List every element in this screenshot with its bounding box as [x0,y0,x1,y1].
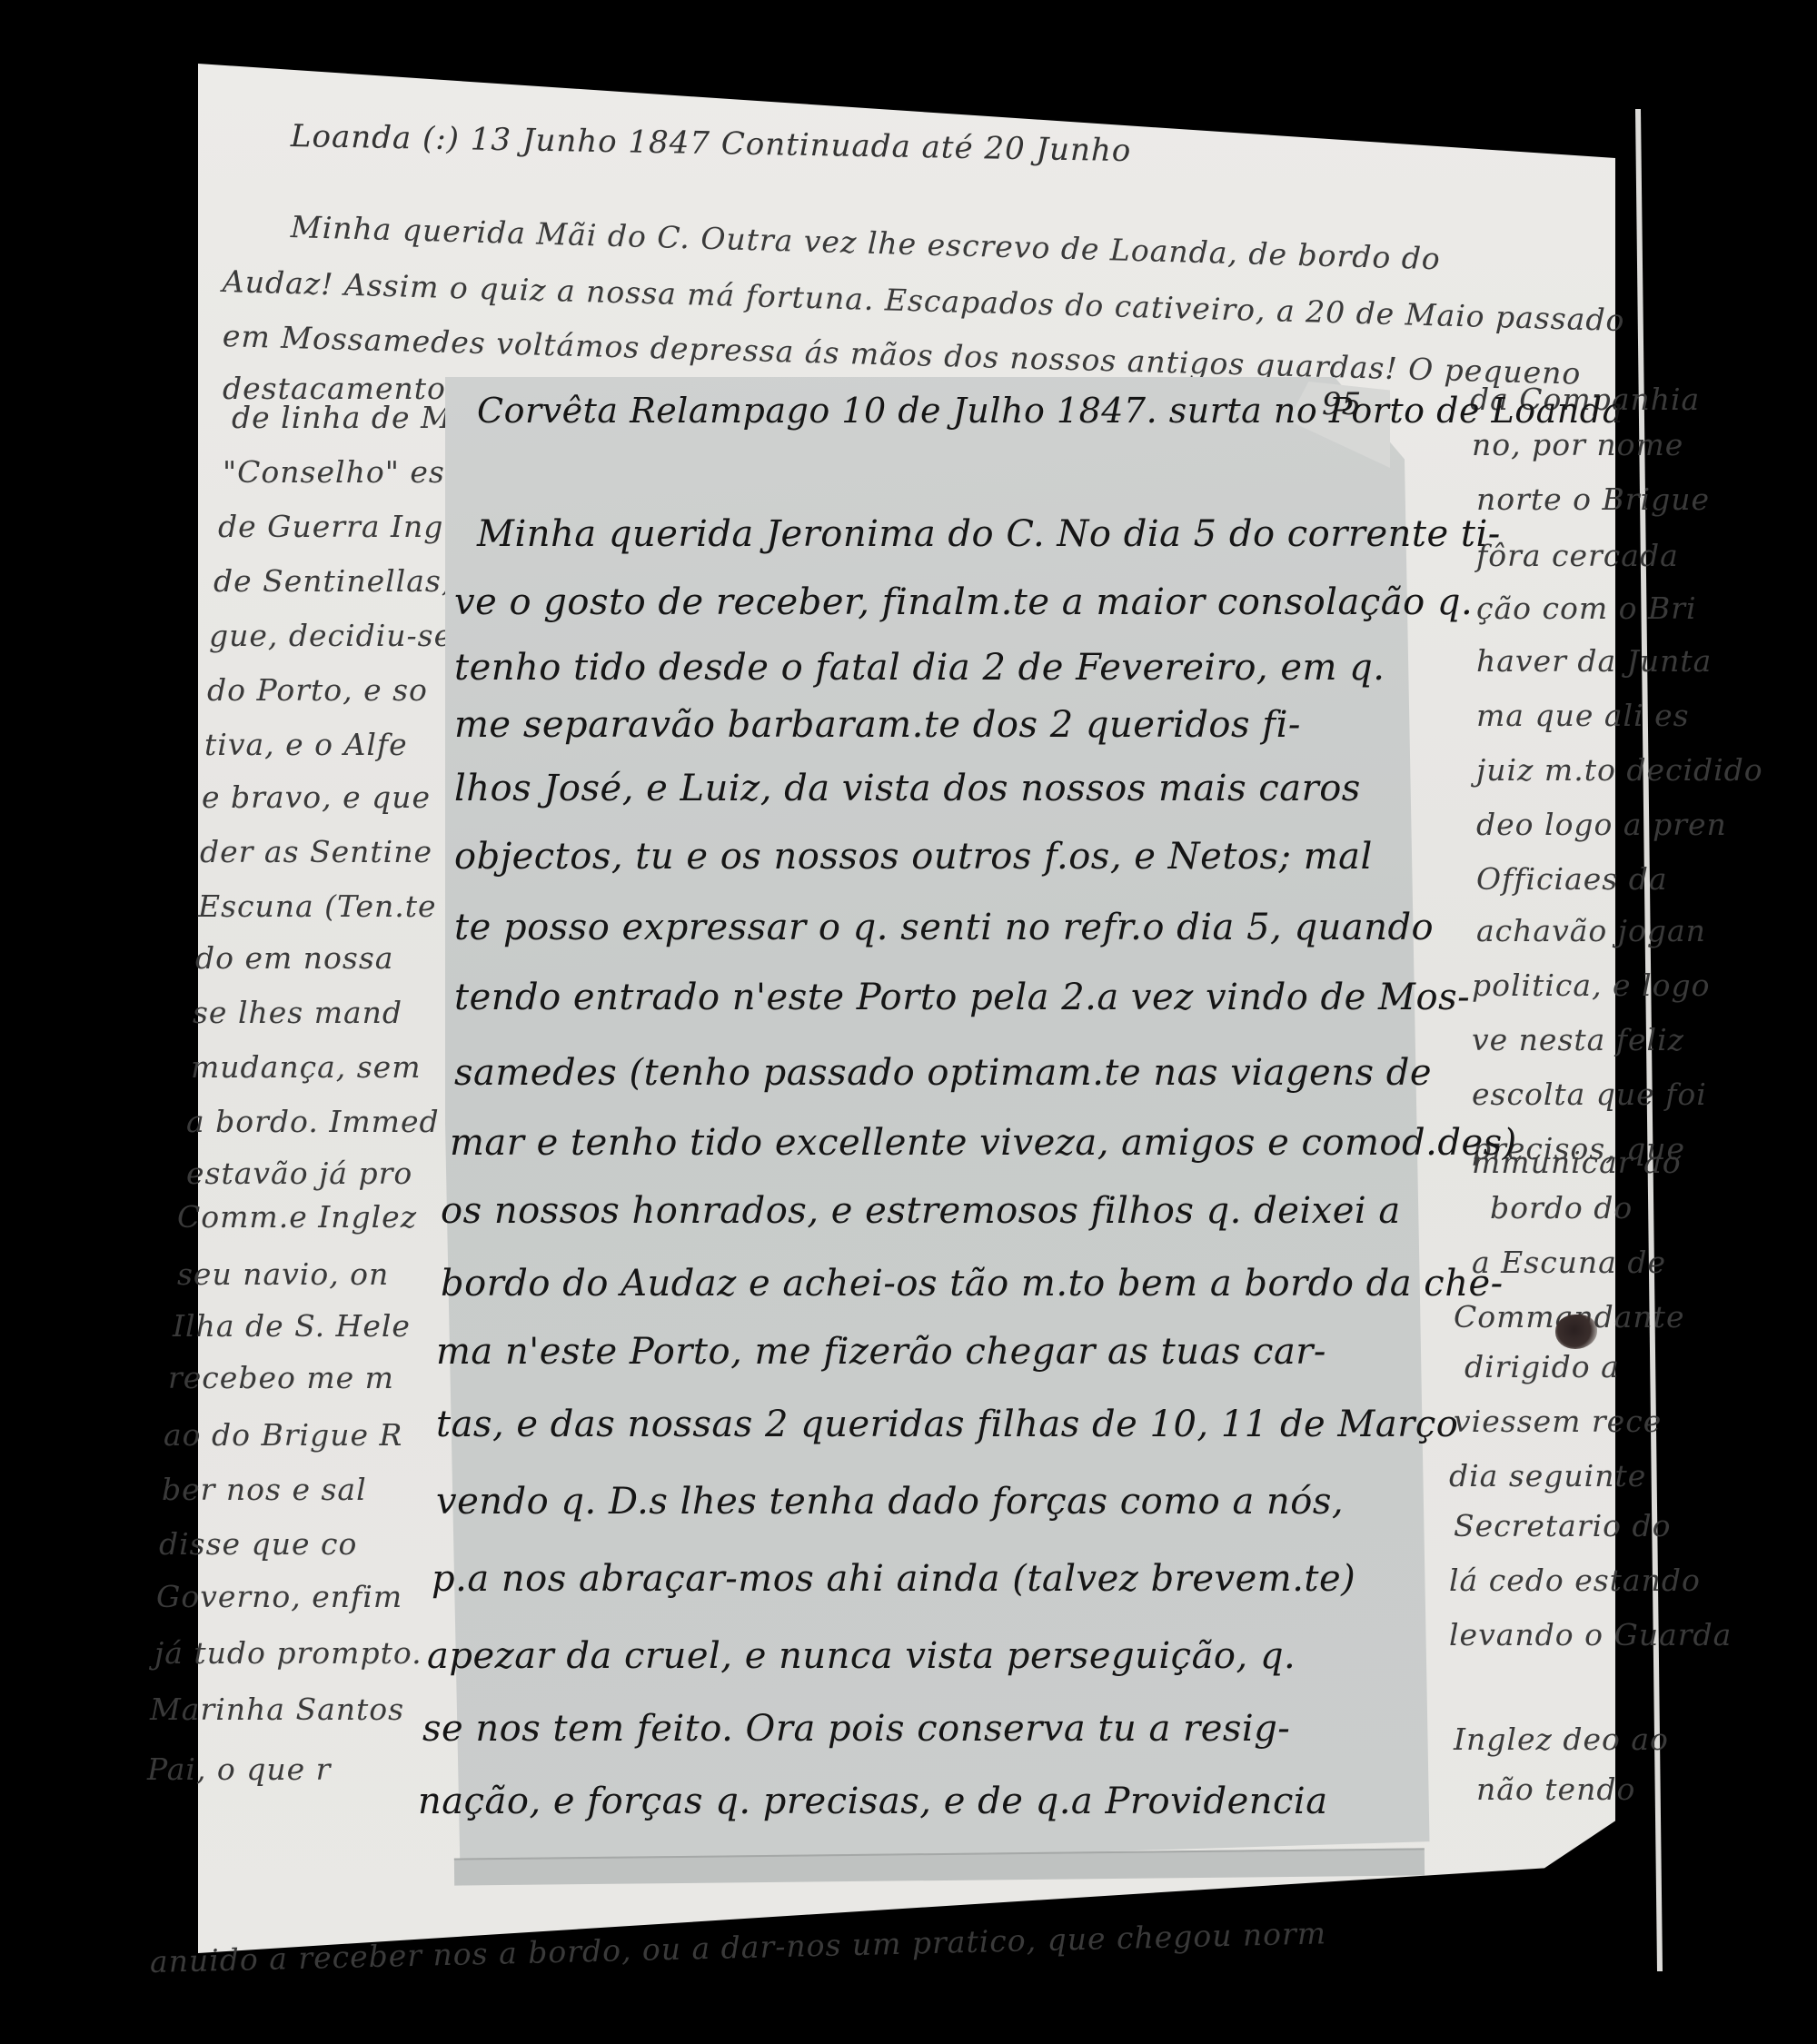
outer-letter-fragment: viessem rece [1454,1404,1662,1439]
outer-letter-line: seu navio, on [177,1256,389,1292]
outer-letter-fragment: levando o Guarda [1449,1617,1732,1652]
outer-letter-line: estavão já pro [186,1156,412,1191]
outer-letter-fragment: bordo do [1490,1190,1633,1225]
outer-letter-line: tiva, e o Alfe [204,727,408,762]
outer-letter-line: der as Sentine [200,834,432,869]
outer-letter-line: ao do Brigue R [164,1417,402,1453]
inner-letter-line: se nos tem feito. Ora pois conserva tu a… [422,1708,1290,1750]
inner-letter-line: bordo do Audaz e achei-os tão m.to bem a… [441,1263,1504,1305]
outer-letter-fragment: haver da Junta [1476,643,1712,679]
outer-letter-fragment: lá cedo estando [1449,1563,1701,1598]
outer-letter-fragment: deo logo a pren [1476,807,1727,842]
inner-letter-line: vendo q. D.s lhes tenha dado forças como… [436,1481,1344,1523]
inner-letter-line: samedes (tenho passado optimam.te nas vi… [454,1052,1432,1094]
outer-letter-fragment: politica, e logo [1472,967,1711,1003]
inner-letter-line: te posso expressar o q. senti no refr.o … [454,907,1434,948]
outer-letter-line: Pai, o que r [147,1751,331,1787]
outer-letter-line: já tudo prompto. [154,1635,422,1671]
outer-letter-line: ber nos e sal [162,1472,367,1507]
outer-letter-line: gue, decidiu-se [209,618,452,653]
outer-letter-fragment: ve nesta feliz [1472,1022,1684,1057]
outer-letter-fragment: dia seguinte [1449,1458,1646,1493]
outer-letter-fragment: ma que ali es [1476,698,1690,733]
inner-letter-line: p.a nos abraçar-mos ahi ainda (talvez br… [432,1558,1355,1600]
inner-letter-line: objectos, tu e os nossos outros f.os, e … [454,836,1373,878]
inner-letter-line: nação, e forças q. precisas, e de q.a Pr… [418,1781,1328,1822]
outer-letter-line: a bordo. Immed [186,1104,440,1139]
inner-letter-header: Corvêta Relampago 10 de Julho 1847. surt… [477,391,1623,431]
outer-letter-line: do em nossa [195,940,393,976]
outer-letter-line: Escuna (Ten.te P [198,888,468,924]
outer-letter-line: de Sentinellas, p [213,563,482,599]
inner-letter-line: ma n'este Porto, me fizerão chegar as tu… [436,1331,1326,1373]
inner-letter-line: me separavão barbaram.te dos 2 queridos … [454,704,1301,746]
outer-letter-fragment: Inglez deo ao [1454,1722,1669,1757]
outer-letter-fragment: Secretario do [1454,1508,1672,1543]
outer-letter-fragment: juiz m.to decidido [1476,752,1763,788]
outer-letter-line: Comm.e Inglez [177,1199,417,1235]
inner-letter-line: apezar da cruel, e nunca vista perseguiç… [427,1635,1296,1677]
inner-letter-line: Minha querida Jeronima do C. No dia 5 do… [477,513,1501,555]
outer-letter-fragment: fôra cercada [1476,538,1679,573]
outer-letter-line: "Conselho" esta [223,454,477,490]
outer-letter-line: Marinha Santos [150,1692,404,1727]
outer-letter-line: recebeo me m [168,1360,394,1395]
outer-letter-line: de linha de M [232,400,452,435]
outer-letter-fragment: escolta que foi [1472,1077,1707,1112]
outer-letter-line: Ilha de S. Hele [173,1308,411,1344]
outer-letter-line: do Porto, e so [207,672,428,708]
outer-letter-fragment: não tendo [1476,1771,1635,1807]
outer-letter-fragment: ção com o Bri [1476,590,1697,626]
inner-letter-line: tas, e das nossas 2 queridas filhas de 1… [436,1404,1458,1445]
inner-letter-line: mar e tenho tido excellente viveza, amig… [450,1122,1517,1164]
outer-letter-fragment: dirigido a [1465,1349,1620,1384]
outer-letter-line: mudança, sem [191,1049,422,1085]
outer-letter-line: de Guerra Ing [218,509,443,544]
outer-letter-line: se lhes mand [193,995,402,1030]
inner-letter-line: tenho tido desde o fatal dia 2 de Fevere… [454,647,1385,689]
outer-letter-fragment: Officiaes da [1476,861,1668,897]
outer-letter-fragment: norte o Brigue [1476,481,1710,517]
inner-letter-line: tendo entrado n'este Porto pela 2.a vez … [454,977,1470,1018]
outer-letter-line: disse que co [159,1526,357,1562]
inner-letter-line: lhos José, e Luiz, da vista dos nossos m… [454,768,1361,809]
outer-letter-fragment: achavão jogan [1476,913,1706,948]
outer-letter-line: e bravo, e que [202,779,431,815]
outer-letter-fragment: no, por nome [1472,427,1683,462]
inner-letter-line: os nossos honrados, e estremosos filhos … [441,1190,1401,1232]
outer-letter-line: Governo, enfim [156,1579,402,1614]
inner-letter-line: ve o gosto de receber, finalm.te a maior… [454,581,1473,623]
